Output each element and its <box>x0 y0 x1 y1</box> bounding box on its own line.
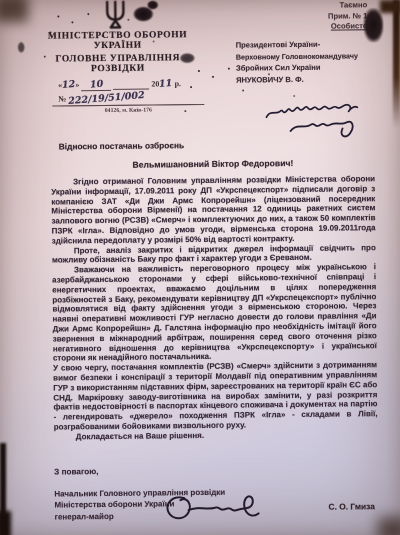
photo-corner-shadow <box>0 511 11 535</box>
addressee-block: Президентові України- Верховному Головно… <box>236 38 388 86</box>
letterhead-rule <box>52 104 204 107</box>
personal-label: Особисто <box>328 21 368 32</box>
ink-blot <box>147 0 158 9</box>
secrecy-label: Таємно <box>328 0 368 11</box>
ink-specks <box>198 70 200 72</box>
document-photo: МІНІСТЕРСТВО ОБОРОНИ УКРАЇНИ ГОЛОВНЕ УПР… <box>0 0 400 535</box>
ink-blot <box>18 42 25 53</box>
ink-specks <box>57 15 59 17</box>
photo-corner-shadow <box>380 0 400 13</box>
subject-line: Відносно постачань озброєнь <box>59 140 185 151</box>
letter-body: Згідно отриманої Головним управлінням ро… <box>51 174 378 465</box>
date-month-handwritten: 10 <box>89 79 103 91</box>
photo-edge-shadow <box>393 0 400 128</box>
date-day-handwritten: 12 <box>62 79 76 91</box>
date-suffix: р. <box>174 79 181 88</box>
signer-name: С. О. Гмиза <box>328 501 374 511</box>
photo-corner-shadow <box>378 517 400 535</box>
paragraph: Зважаючи на важливість переговорного про… <box>52 262 377 363</box>
salutation: Вельмишановний Віктор Федорович! <box>51 157 375 170</box>
ukraine-trident-icon <box>98 1 132 31</box>
date-close-quote: » <box>75 80 79 89</box>
closing-phrase: З повагою, <box>54 467 98 476</box>
classification-block: Таємно Прим. № 1 Особисто <box>328 0 368 32</box>
letterhead: МІНІСТЕРСТВО ОБОРОНИ УКРАЇНИ ГОЛОВНЕ УПР… <box>26 31 210 75</box>
paper-sheet: МІНІСТЕРСТВО ОБОРОНИ УКРАЇНИ ГОЛОВНЕ УПР… <box>0 0 400 535</box>
resolution-scribble-icon <box>260 94 395 143</box>
department-name-line2: РОЗВІДКИ <box>26 63 210 74</box>
date-year-handwritten: 11 <box>159 78 173 90</box>
addressee-line: ЯНУКОВИЧУ В. Ф. <box>236 73 388 86</box>
number-label: № <box>58 94 66 103</box>
paragraph: У свою чергу, постачання комплектів (РСЗ… <box>53 360 378 432</box>
signature-scribble-icon <box>154 475 275 534</box>
address-line: 04126, м. Київ-176 <box>52 107 204 115</box>
photo-corner-shadow <box>0 0 28 22</box>
copy-number-label: Прим. № 1 <box>328 11 368 22</box>
ink-blot <box>363 8 383 42</box>
paragraph: Згідно отриманої Головним управлінням ро… <box>51 174 376 246</box>
